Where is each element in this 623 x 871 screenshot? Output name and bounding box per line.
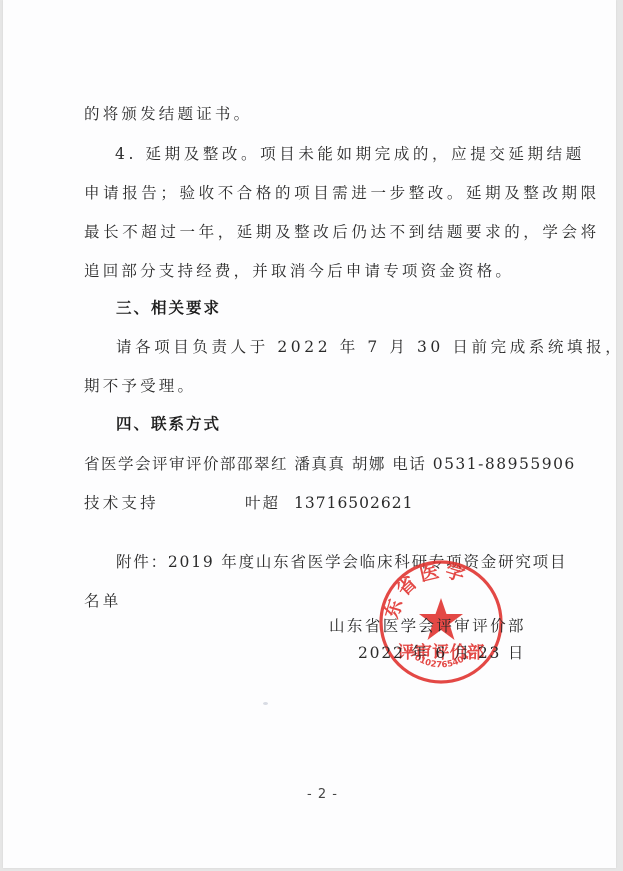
paragraph-line: 的将颁发结题证书。 bbox=[84, 104, 252, 124]
paragraph-line: 4. 延期及整改。项目未能如期完成的，应提交延期结题 bbox=[115, 144, 585, 164]
attachment-line: 附件：2019 年度山东省医学会临床科研专项资金研究项目 bbox=[116, 552, 567, 572]
section-heading-contact: 四、联系方式 bbox=[116, 414, 221, 434]
tech-support-name: 叶超 bbox=[245, 493, 280, 513]
paragraph-line: 最长不超过一年，延期及整改后仍达不到结题要求的，学会将 bbox=[84, 222, 600, 242]
tech-support-label: 技术支持 bbox=[84, 493, 159, 513]
section-heading-requirements: 三、相关要求 bbox=[116, 298, 221, 318]
paragraph-line: 请各项目负责人于 2022 年 7 月 30 日前完成系统填报，逾 bbox=[116, 337, 623, 357]
tech-support-phone: 13716502621 bbox=[294, 493, 413, 513]
paragraph-line: 申请报告；验收不合格的项目需进一步整改。延期及整改期限 bbox=[84, 183, 600, 203]
contact-line: 省医学会评审评价部邵翠红 潘真真 胡娜 电话 0531-88955906 bbox=[84, 454, 576, 474]
document-page: 的将颁发结题证书。 4. 延期及整改。项目未能如期完成的，应提交延期结题 申请报… bbox=[3, 0, 616, 868]
signature-date: 2022 年 6 月 23 日 bbox=[358, 643, 525, 663]
scan-speck bbox=[263, 702, 268, 705]
attachment-line: 名单 bbox=[84, 591, 121, 611]
signature-organization: 山东省医学会评审评价部 bbox=[329, 616, 526, 636]
paragraph-line: 期不予受理。 bbox=[84, 376, 196, 396]
paragraph-line: 追回部分支持经费，并取消今后申请专项资金资格。 bbox=[84, 261, 514, 281]
page-number: - 2 - bbox=[307, 787, 338, 802]
